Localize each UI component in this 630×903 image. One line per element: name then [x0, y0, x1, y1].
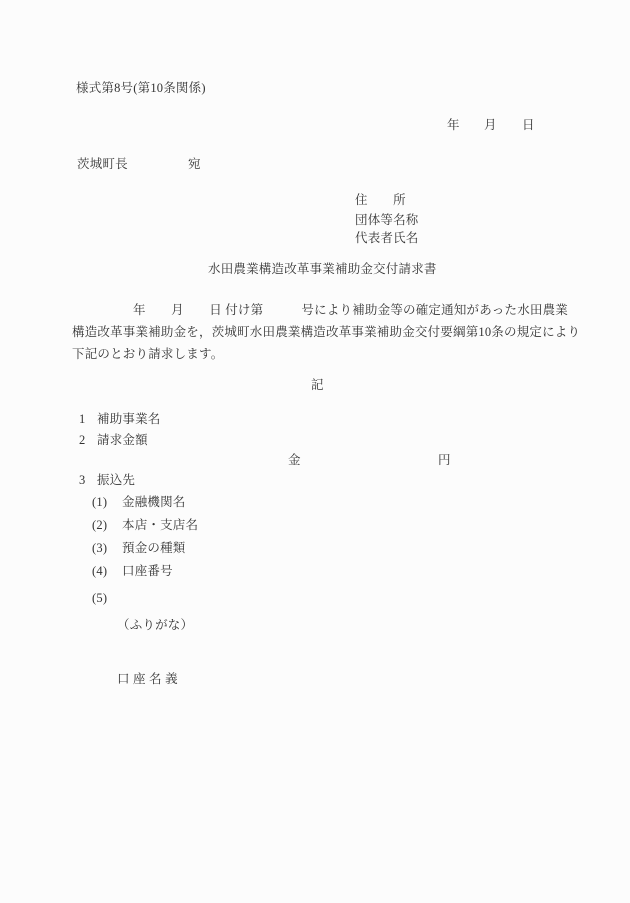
account-holder-furigana-label: （ふりがな）: [117, 616, 193, 634]
amount-yen-suffix: 円: [438, 452, 451, 468]
sub-item-label: 金融機関名: [122, 494, 186, 510]
item-label: 補助事業名: [97, 411, 161, 427]
document-page: 様式第8号(第10条関係) 年 月 日 茨城町長 宛 住 所 団体等名称 代表者…: [0, 0, 630, 903]
sub-item-label: 預金の種類: [122, 540, 186, 556]
document-title: 水田農業構造改革事業補助金交付請求書: [208, 261, 437, 277]
account-holder-label-block: （ふりがな） 口 座 名 義: [117, 580, 193, 724]
date-year-label: 年: [447, 117, 460, 133]
applicant-organization-label: 団体等名称: [355, 212, 419, 228]
sub-item-label: 本店・支店名: [122, 517, 198, 533]
sub-item-number: (4): [92, 563, 107, 579]
sub-item-label: 口座番号: [122, 563, 173, 579]
addressee-name: 茨城町長: [77, 156, 128, 172]
sub-item-number: (2): [92, 517, 107, 533]
applicant-representative-label: 代表者氏名: [355, 230, 419, 246]
record-heading: 記: [311, 377, 324, 393]
body-line-1: 年 月 日 付け第 号により補助金等の確定通知があった水田農業: [133, 302, 568, 318]
addressee-honorific: 宛: [188, 156, 201, 172]
sub-item-number: (3): [92, 540, 107, 556]
body-line-2: 構造改革事業補助金を，茨城町水田農業構造改革事業補助金交付要綱第10条の規定によ…: [72, 324, 580, 340]
body-line-3: 下記のとおり請求します。: [72, 346, 223, 362]
item-number: 2: [79, 432, 85, 448]
amount-yen-prefix: 金: [288, 452, 301, 468]
sub-item-number: (1): [92, 494, 107, 510]
account-holder-name-label: 口 座 名 義: [117, 670, 193, 688]
item-label: 振込先: [97, 472, 135, 488]
date-day-label: 日: [522, 117, 535, 133]
sub-item-number: (5): [92, 590, 107, 606]
item-label: 請求金額: [97, 432, 148, 448]
item-number: 3: [79, 472, 85, 488]
date-month-label: 月: [484, 117, 497, 133]
item-number: 1: [79, 411, 85, 427]
applicant-address-label: 住 所: [355, 192, 406, 208]
form-number: 様式第8号(第10条関係): [76, 80, 206, 96]
